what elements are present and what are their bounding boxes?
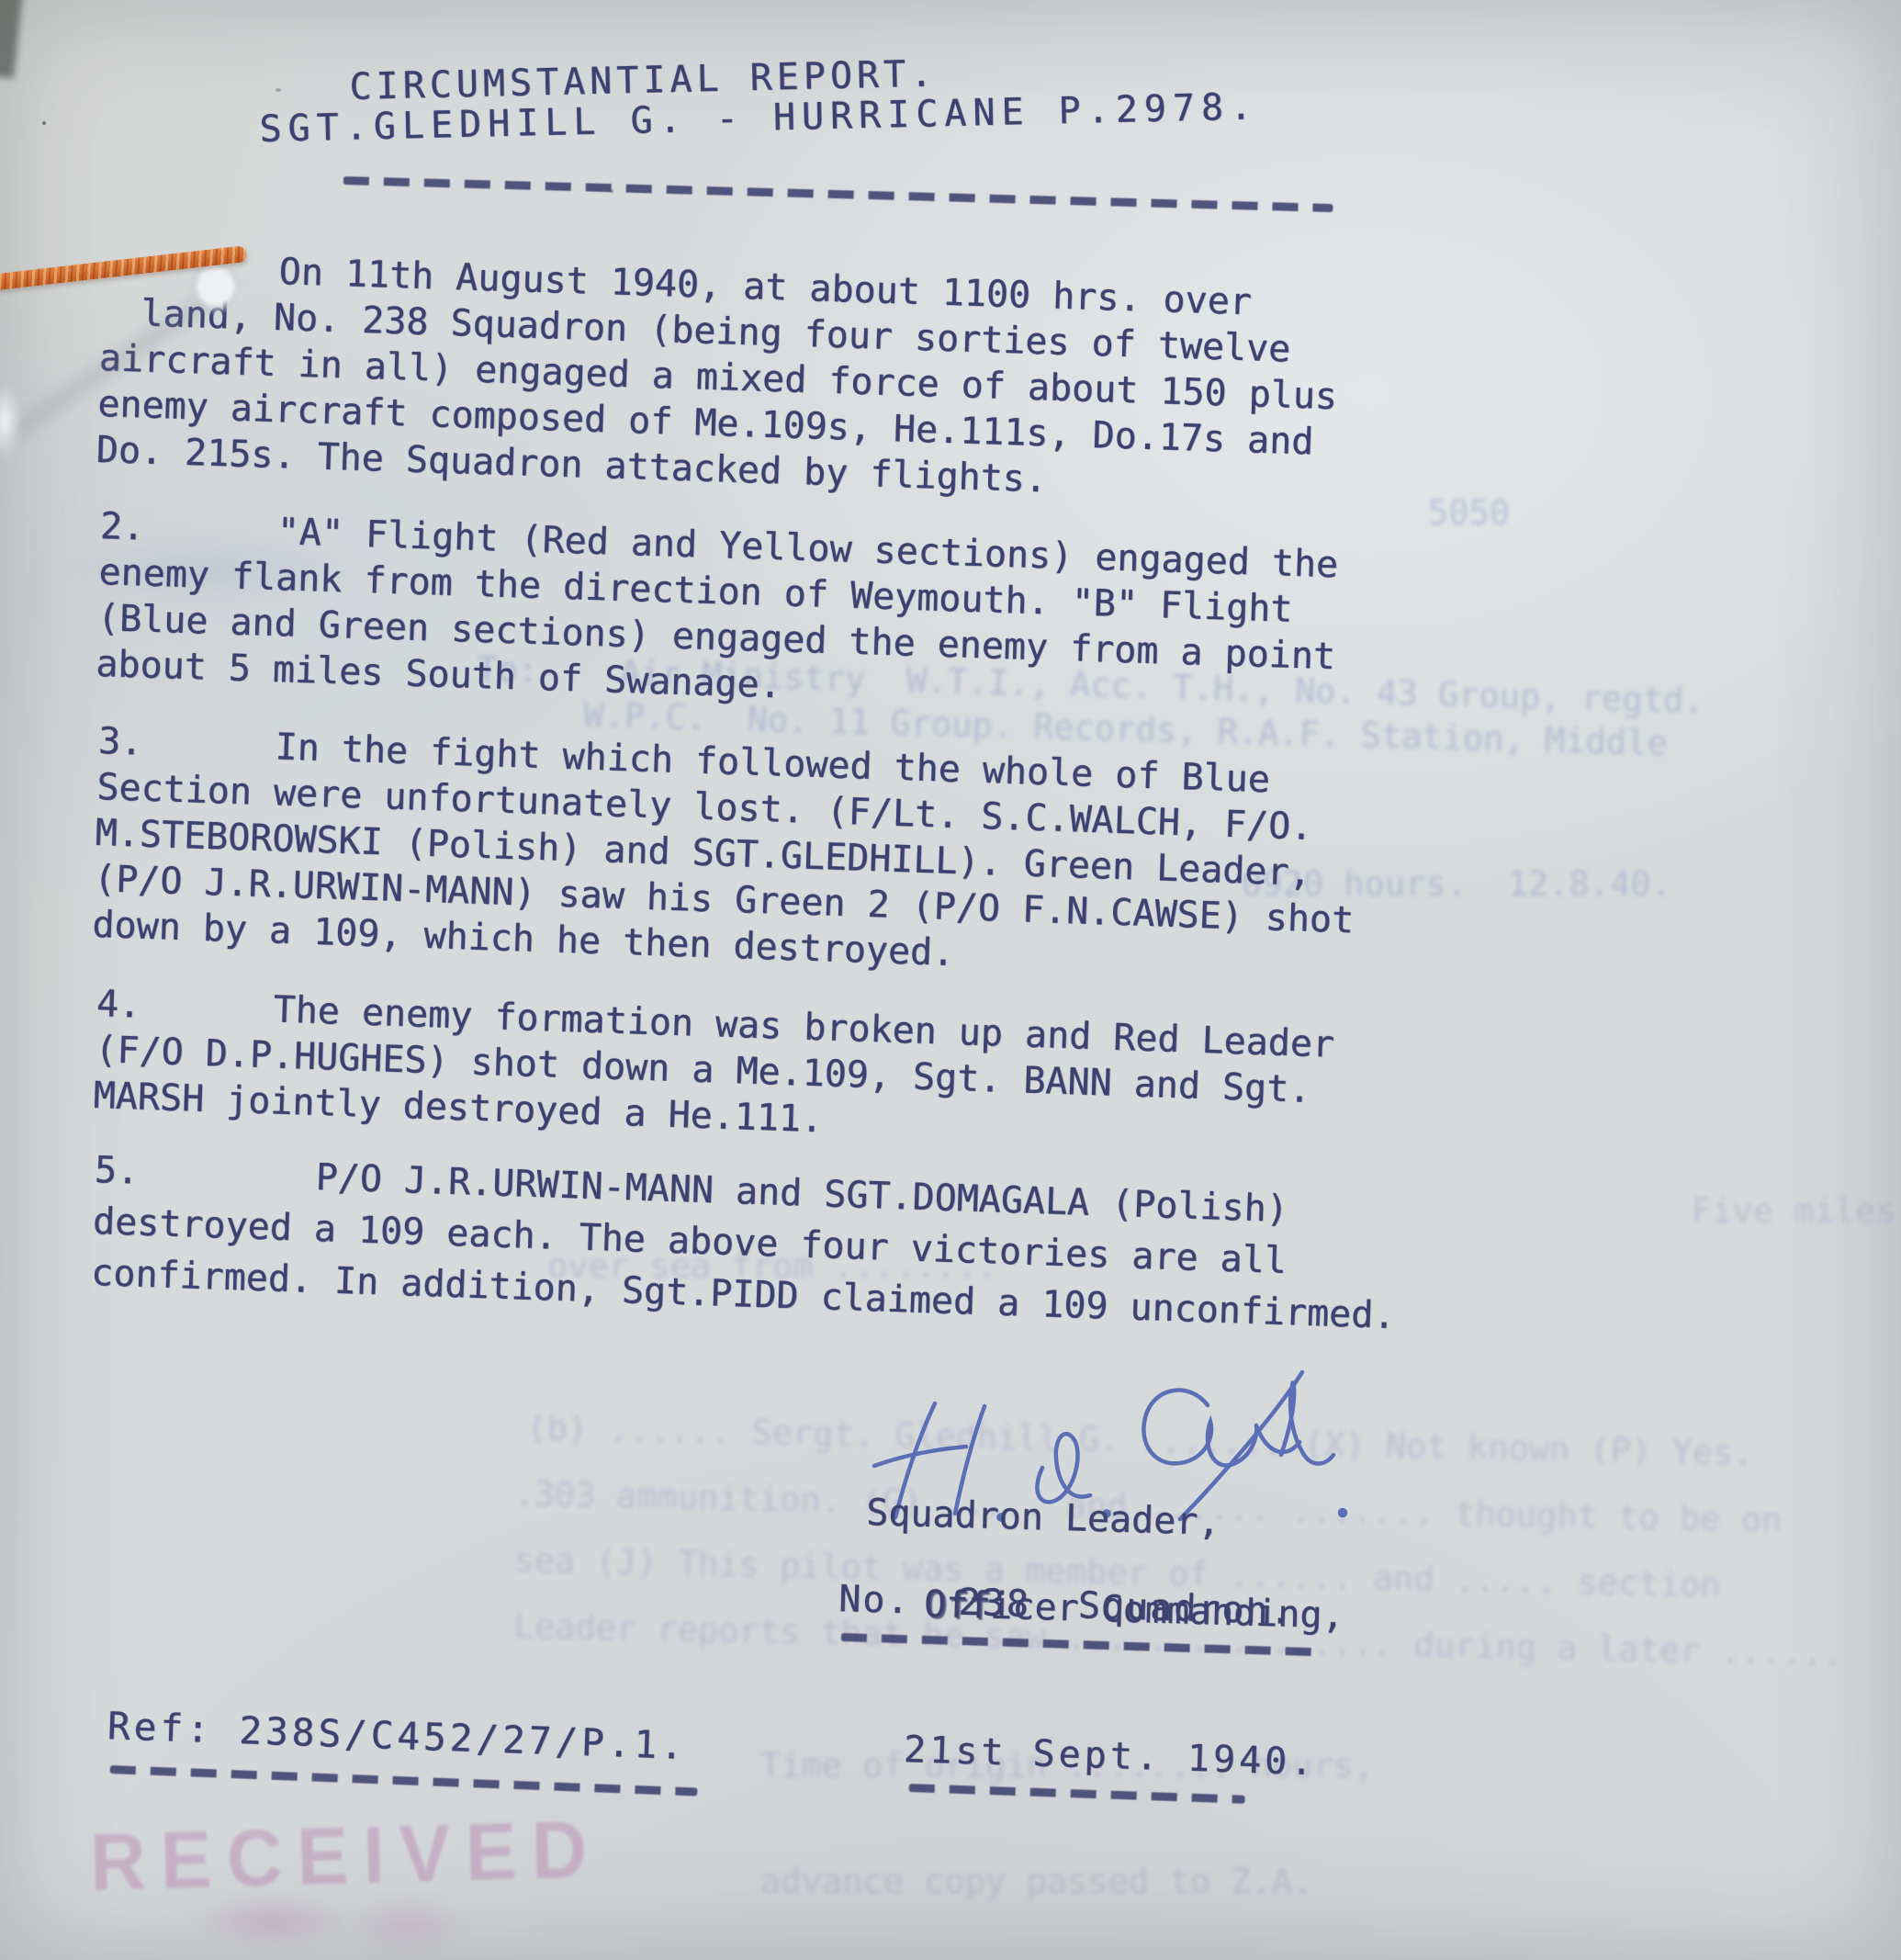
dust-speck: [42, 121, 46, 125]
paragraph-3: 3. In the fight which followed the whole…: [92, 718, 1359, 989]
dust-speck: [610, 189, 613, 193]
scanned-report-page: 5050 To:- Air Ministry W.T.I., Acc. T.H.…: [0, 0, 1901, 1960]
dust-speck: [276, 88, 281, 92]
bleedthrough-text: 5050: [1428, 492, 1510, 535]
reference-number: Ref: 238S/C452/27/P.1.: [107, 1703, 687, 1769]
paragraph-5: 5. P/O J.R.URWIN-MANN and SGT.DOMAGALA (…: [90, 1144, 1400, 1342]
title-underline: [343, 176, 1333, 212]
paragraph-4: 4. The enemy formation was broken up and…: [93, 981, 1335, 1160]
paragraph-2: 2. "A" Flight (Red and Yellow sections) …: [96, 503, 1339, 726]
paper-edge-highlight: [0, 384, 22, 459]
reference-underline: [110, 1765, 698, 1797]
stamp-smear: [138, 1874, 523, 1960]
scan-edge-mark: [0, 0, 23, 78]
bleedthrough-text: Five miles: [1692, 1190, 1896, 1233]
bleedthrough-text: advance copy passed to Z.A.: [760, 1861, 1312, 1903]
paragraph-1: On 11th August 1940, at about 1100 hrs. …: [96, 243, 1341, 512]
